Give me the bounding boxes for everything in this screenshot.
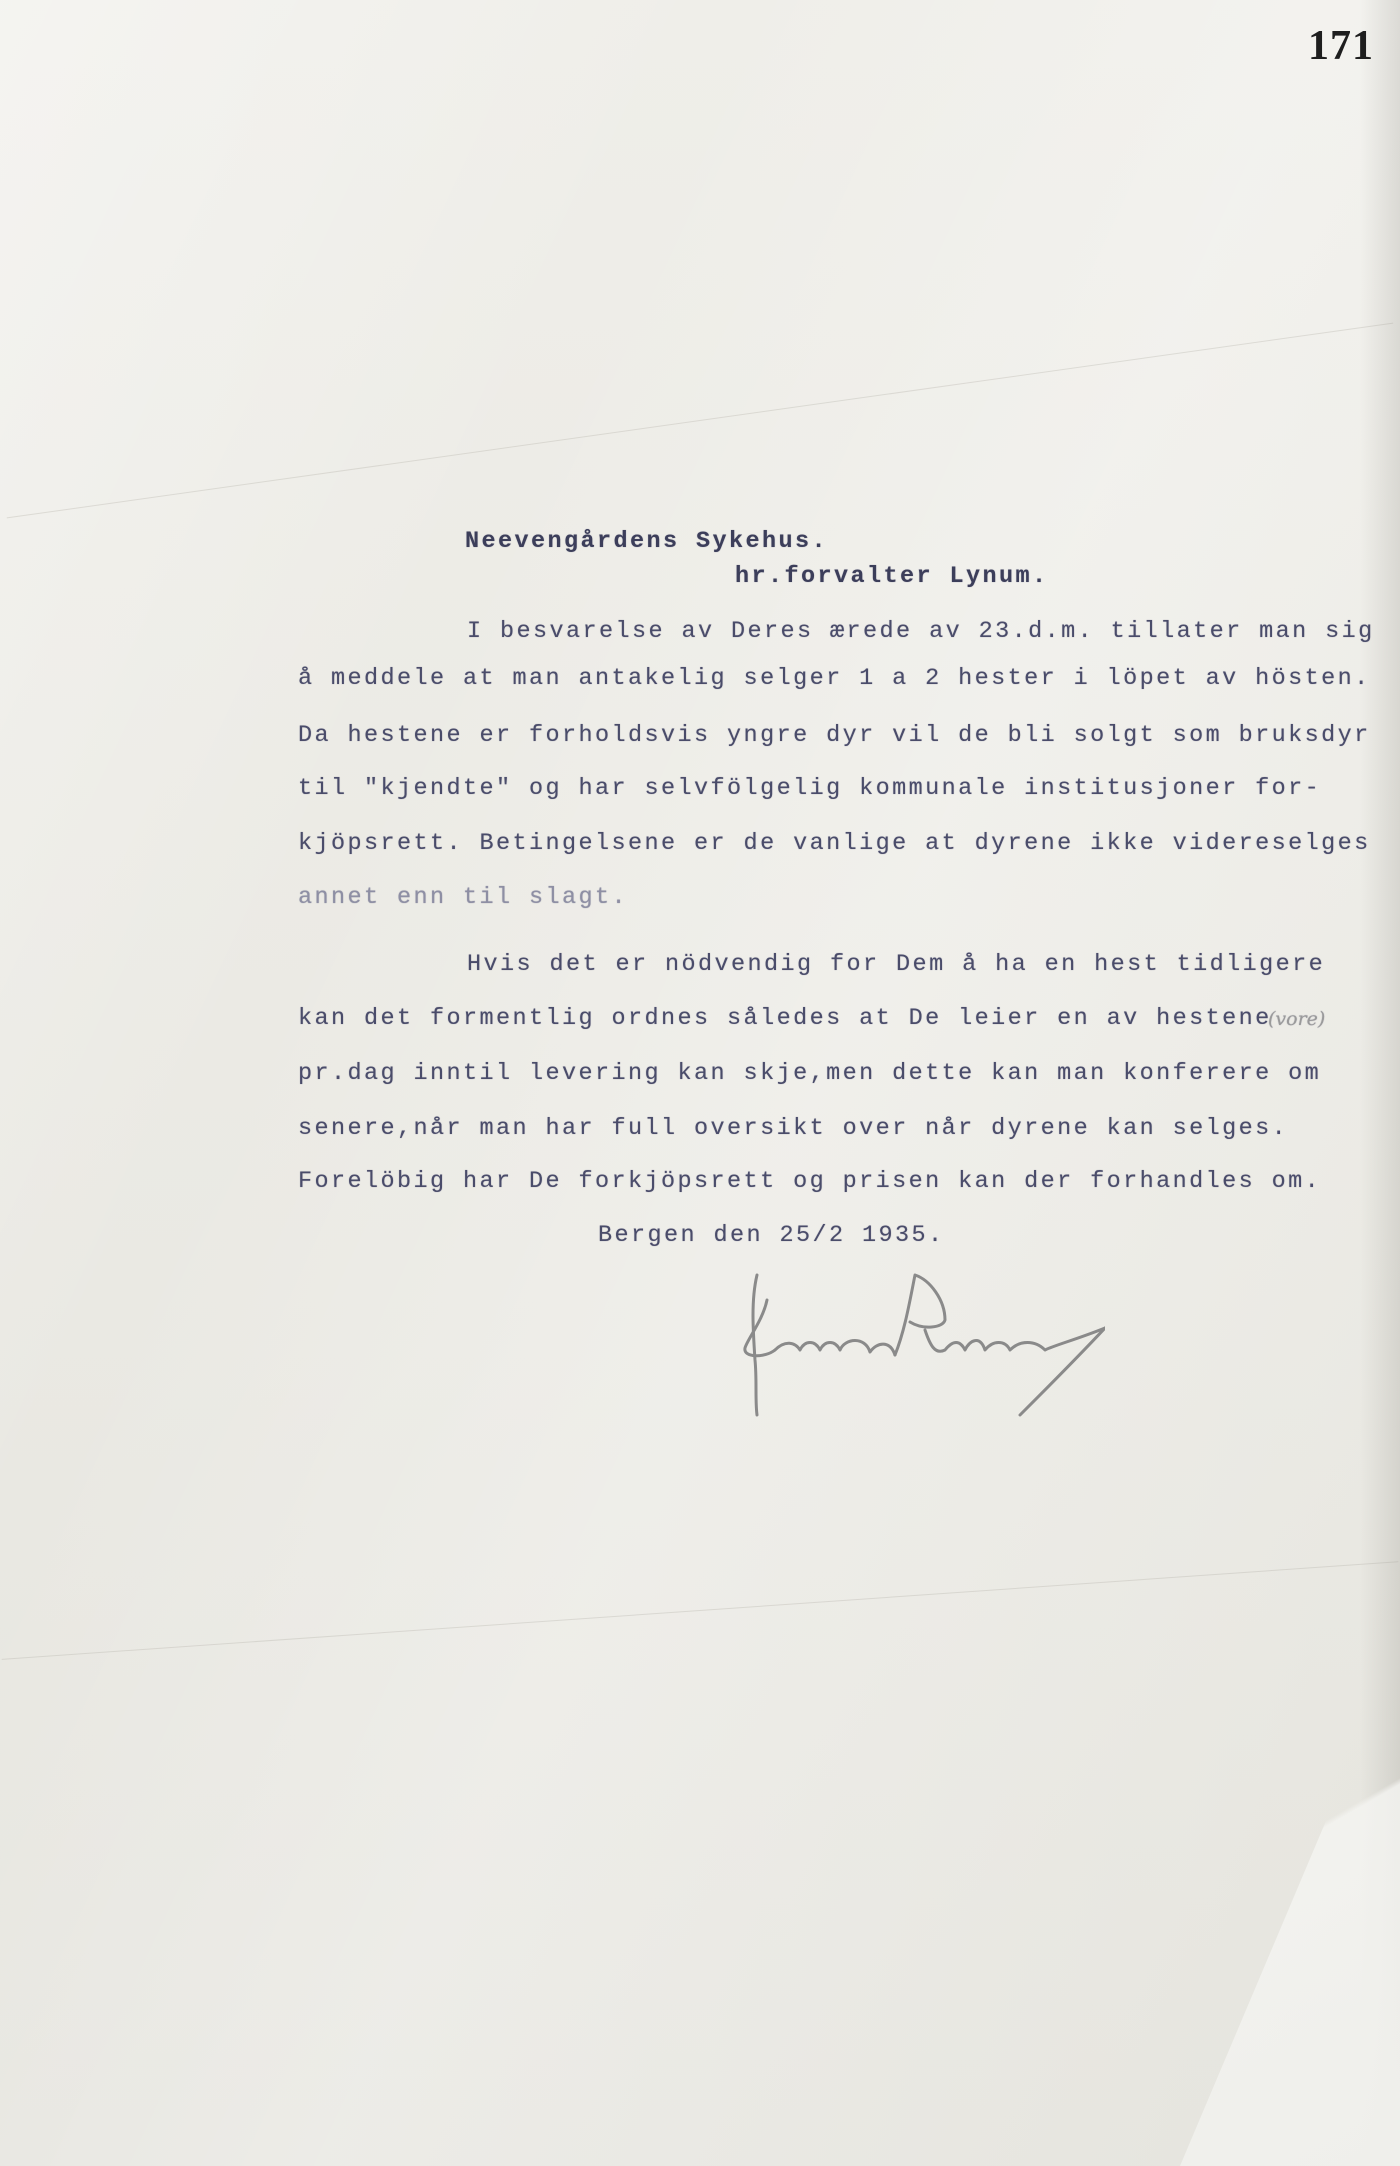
paragraph-1-line: annet enn til slagt. bbox=[298, 884, 628, 911]
paragraph-2-line: Forelöbig har De forkjöpsrett og prisen … bbox=[298, 1168, 1321, 1195]
signature-icon bbox=[705, 1270, 1105, 1420]
paragraph-1-line: kjöpsrett. Betingelsene er de vanlige at… bbox=[298, 830, 1371, 857]
paragraph-2-line: Hvis det er nödvendig for Dem å ha en he… bbox=[467, 951, 1325, 978]
attention-line: hr.forvalter Lynum. bbox=[735, 563, 1049, 590]
place-date: Bergen den 25/2 1935. bbox=[598, 1222, 945, 1249]
paragraph-2-line: kan det formentlig ordnes således at De … bbox=[298, 1005, 1272, 1032]
addressee: Neevengårdens Sykehus. bbox=[465, 528, 828, 555]
paragraph-1-line: I besvarelse av Deres ærede av 23.d.m. t… bbox=[467, 618, 1375, 645]
page-number: 171 bbox=[1308, 22, 1374, 70]
handwritten-insertion: (vore) bbox=[1268, 1008, 1325, 1030]
paragraph-1-line: å meddele at man antakelig selger 1 a 2 … bbox=[298, 665, 1371, 692]
paragraph-2-line: pr.dag inntil levering kan skje,men dett… bbox=[298, 1060, 1321, 1087]
paragraph-2-line: senere,når man har full oversikt over nå… bbox=[298, 1115, 1288, 1142]
paragraph-1-line: til "kjendte" og har selvfölgelig kommun… bbox=[298, 775, 1321, 802]
paragraph-1-line: Da hestene er forholdsvis yngre dyr vil … bbox=[298, 722, 1371, 749]
